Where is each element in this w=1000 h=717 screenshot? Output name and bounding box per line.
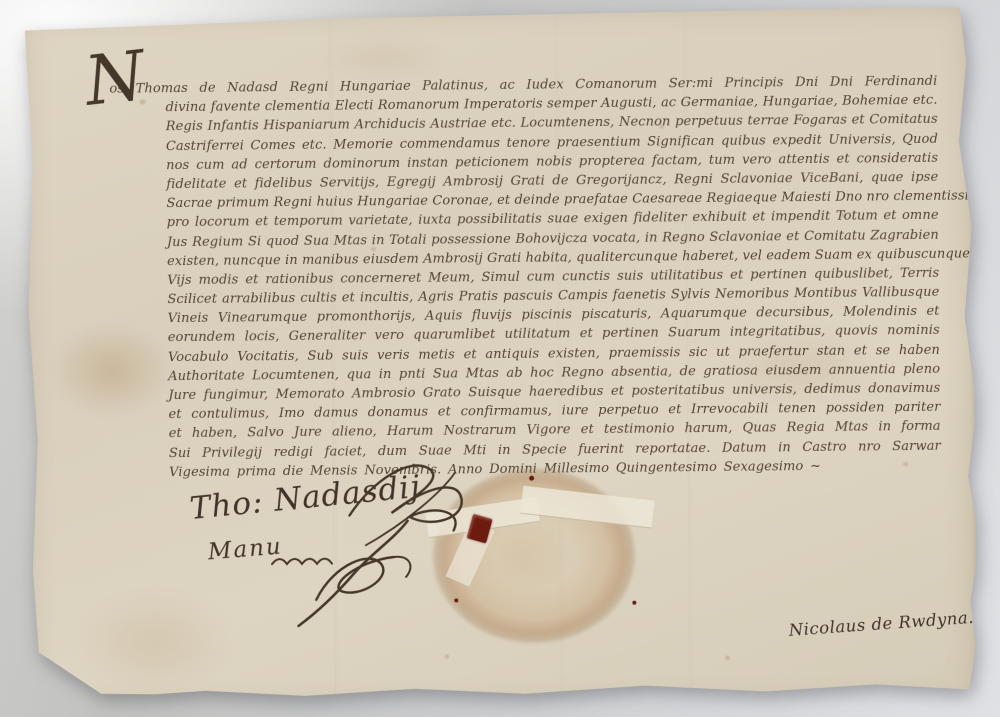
stain	[79, 594, 230, 690]
stain	[52, 324, 173, 417]
wax-speck	[454, 598, 458, 602]
fox-spot	[445, 654, 449, 658]
parchment-shadow-wrap: N os Thomas de Nadasd Regni Hungariae Pa…	[19, 1, 978, 714]
wax-speck	[632, 601, 636, 605]
corner-fold	[39, 652, 109, 701]
charter-text: os Thomas de Nadasd Regni Hungariae Pala…	[165, 72, 941, 482]
stain	[319, 34, 449, 80]
photo-backdrop: N os Thomas de Nadasd Regni Hungariae Pa…	[0, 0, 1000, 717]
signature-secretary: Nicolaus de Rwdyna.	[788, 608, 974, 640]
parchment-document: N os Thomas de Nadasd Regni Hungariae Pa…	[19, 1, 978, 714]
wax-speck	[529, 476, 534, 481]
propria-flourish-icon	[275, 513, 426, 632]
fox-spot	[725, 656, 730, 660]
